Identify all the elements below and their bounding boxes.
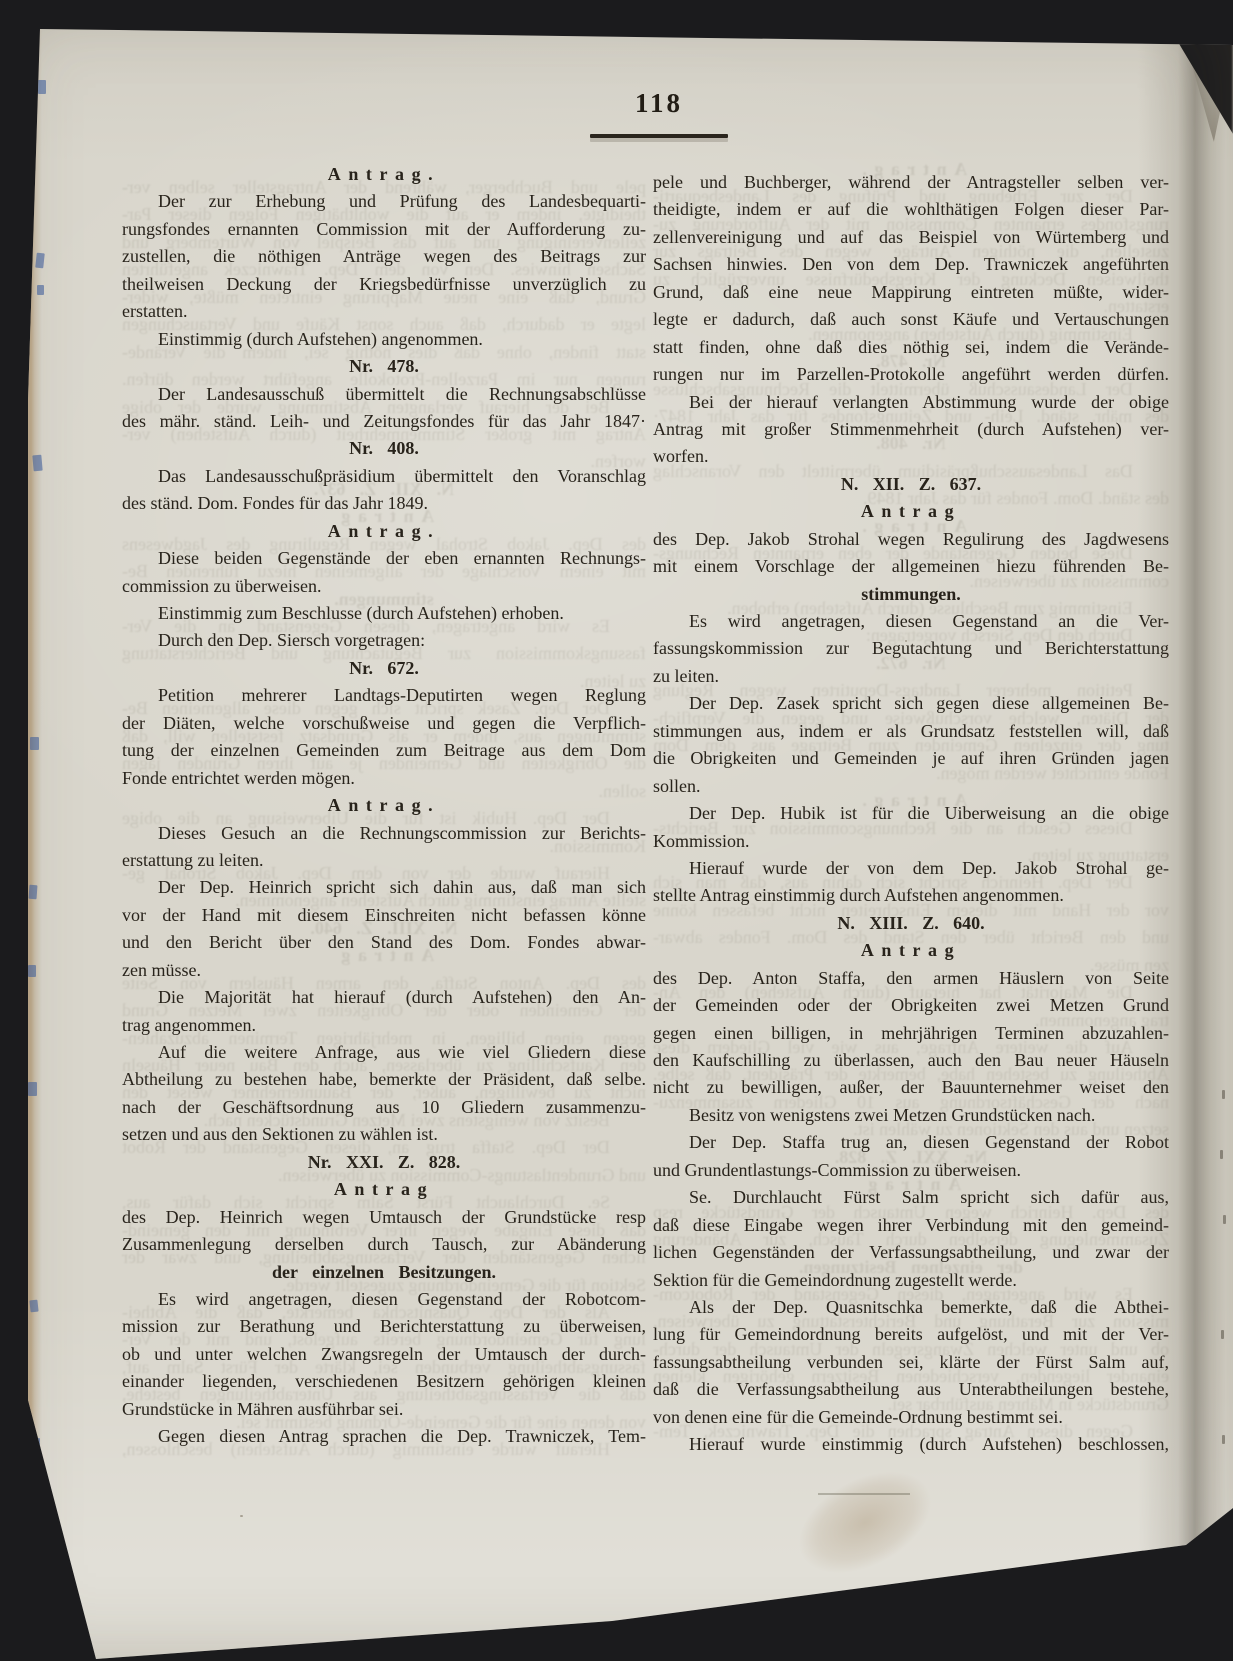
text-line: fassungskommission zur Begutachtung und … xyxy=(653,635,1169,662)
text-line: daß die Verfassungsabtheilung aus Untera… xyxy=(653,1376,1169,1403)
text-line: Nr. 672. xyxy=(122,655,646,682)
blue-edge-mark xyxy=(37,285,44,295)
blue-edge-mark xyxy=(28,965,36,977)
text-line: Zusammenlegung derselben durch Tausch, z… xyxy=(122,1231,646,1258)
blue-edge-mark xyxy=(38,80,46,94)
blue-edge-mark xyxy=(32,1438,40,1450)
dust-speck xyxy=(905,640,907,642)
blue-edge-mark xyxy=(29,1300,38,1313)
text-line: stimmungen. xyxy=(653,581,1169,608)
text-line: zellenvereinigung und auf das Beispiel v… xyxy=(653,224,1169,251)
text-line: Der Dep. Heinrich spricht sich dahin aus… xyxy=(122,874,646,901)
text-line: erstatten. xyxy=(122,298,646,325)
text-line: Dieses Gesuch an die Rechnungscommission… xyxy=(122,820,646,847)
text-line: Antrag. xyxy=(122,161,646,188)
corner-shadow xyxy=(1178,42,1233,134)
blue-edge-mark xyxy=(32,455,42,472)
text-line: Der Dep. Zasek spricht sich gegen diese … xyxy=(653,690,1169,717)
text-line: Einstimmig zum Beschlusse (durch Aufsteh… xyxy=(122,600,646,627)
text-line: Das Landesausschußpräsidium übermittelt … xyxy=(122,463,646,490)
next-page-text-fragment xyxy=(1220,1150,1223,1159)
text-line: einander liegenden, verschiedenen Besitz… xyxy=(122,1368,646,1395)
text-line: Als der Dep. Quasnitschka bemerkte, daß … xyxy=(653,1294,1169,1321)
text-line: Grund, daß eine neue Mappirung eintreten… xyxy=(653,279,1169,306)
text-line: trag angenommen. xyxy=(122,1012,646,1039)
text-line: Gegen diesen Antrag sprachen die Dep. Tr… xyxy=(122,1423,646,1450)
blue-edge-mark xyxy=(30,737,39,750)
text-line: Einstimmig (durch Aufstehen) angenommen. xyxy=(122,326,646,353)
next-page-text-fragment xyxy=(1223,1215,1226,1224)
text-line: Es wird angetragen, diesen Gegenstand an… xyxy=(653,608,1169,635)
text-line: worfen. xyxy=(653,443,1169,470)
page-deckle-edge xyxy=(26,25,42,1659)
text-line: nicht zu bewilligen, außer, der Bauunter… xyxy=(653,1074,1169,1101)
next-page-text-fragment xyxy=(1222,1435,1225,1444)
page-number: 118 xyxy=(588,88,730,119)
text-line: zu leiten. xyxy=(653,663,1169,690)
text-line: lung für Gemeindordnung bereits aufgelös… xyxy=(653,1321,1169,1348)
text-line: Nr. 478. xyxy=(122,353,646,380)
dust-speck xyxy=(240,1515,243,1517)
text-line: stellte Antrag einstimmig durch Aufstehe… xyxy=(653,882,1169,909)
blue-edge-mark xyxy=(28,1082,37,1096)
text-line: pele und Buchberger, während der Antrags… xyxy=(653,169,1169,196)
text-line: Grundstücke in Mähren ausführbar sei. xyxy=(122,1396,646,1423)
text-line: des Dep. Heinrich wegen Umtausch der Gru… xyxy=(122,1204,646,1231)
text-line: Hierauf wurde der von dem Dep. Jakob Str… xyxy=(653,855,1169,882)
text-line: statt finden, ohne daß dies nöthig sei, … xyxy=(653,334,1169,361)
text-line: Fonde entrichtet werden mögen. xyxy=(122,765,646,792)
text-line: der einzelnen Besitzungen. xyxy=(122,1259,646,1286)
text-line: rungsfondes ernannten Commission mit der… xyxy=(122,216,646,243)
blue-edge-mark xyxy=(29,885,38,900)
text-line: Antrag xyxy=(653,498,1169,525)
text-line: die Obrigkeiten und Gemeinden je auf ihr… xyxy=(653,745,1169,772)
text-line: setzen und aus den Sektionen zu wählen i… xyxy=(122,1121,646,1148)
text-line: zustellen, die nöthigen Anträge wegen de… xyxy=(122,243,646,270)
text-line: Der Dep. Hubik ist für die Uiberweisung … xyxy=(653,800,1169,827)
text-line: der Gemeinden oder der Obrigkeiten zwei … xyxy=(653,992,1169,1019)
text-line: legte er dadurch, daß auch sonst Käufe u… xyxy=(653,306,1169,333)
text-line: Besitz von wenigstens zwei Metzen Grunds… xyxy=(653,1102,1169,1129)
text-line: Antrag. xyxy=(122,518,646,545)
text-line: fassungsabtheilung verbunden sei, klärte… xyxy=(653,1349,1169,1376)
text-line: Auf die weitere Anfrage, aus wie viel Gl… xyxy=(122,1039,646,1066)
next-page-text-fragment xyxy=(1221,1330,1224,1339)
text-line: gegen einen billigen, in mehrjährigen Te… xyxy=(653,1020,1169,1047)
text-line: und den Bericht über den Stand des Dom. … xyxy=(122,929,646,956)
text-line: sollen. xyxy=(653,773,1169,800)
text-line: den Kaufschilling zu überlassen, auch de… xyxy=(653,1047,1169,1074)
blue-edge-mark xyxy=(35,253,45,269)
text-line: Durch den Dep. Siersch vorgetragen: xyxy=(122,627,646,654)
text-line: tung der einzelnen Gemeinden zum Beitrag… xyxy=(122,737,646,764)
text-line: Es wird angetragen, diesen Gegenstand de… xyxy=(122,1286,646,1313)
left-column: Antrag.Der zur Erhebung und Prüfung des … xyxy=(122,161,646,1451)
text-line: vor der Hand mit diesem Einschreiten nic… xyxy=(122,902,646,929)
text-line: Antrag xyxy=(653,937,1169,964)
text-line: Antrag. xyxy=(122,792,646,819)
text-line: erstattung zu leiten. xyxy=(122,847,646,874)
text-line: des Dep. Anton Staffa, den armen Häusler… xyxy=(653,965,1169,992)
next-page-text-fragment xyxy=(1222,1090,1225,1099)
right-column: pele und Buchberger, während der Antrags… xyxy=(653,169,1169,1459)
text-line: Nr. XXI. Z. 828. xyxy=(122,1149,646,1176)
bleedthrough-rule xyxy=(818,1493,910,1495)
text-line: und Grundentlastungs-Commission zu überw… xyxy=(653,1157,1169,1184)
header-rule xyxy=(590,134,728,138)
text-line: Abtheilung zu bestehen habe, bemerkte de… xyxy=(122,1066,646,1093)
text-line: N. XII. Z. 637. xyxy=(653,471,1169,498)
text-line: theilweisen Deckung der Kriegsbedürfniss… xyxy=(122,271,646,298)
text-line: theidigte, indem er auf die wohlthätigen… xyxy=(653,196,1169,223)
text-line: der Diäten, welche vorschußweise und geg… xyxy=(122,710,646,737)
text-line: zen müsse. xyxy=(122,957,646,984)
text-line: Kommission. xyxy=(653,828,1169,855)
text-line: des Dep. Jakob Strohal wegen Regulirung … xyxy=(653,526,1169,553)
text-line: Der zur Erhebung und Prüfung des Landesb… xyxy=(122,188,646,215)
text-line: Petition mehrerer Landtags-Deputirten we… xyxy=(122,682,646,709)
text-line: lichen Gegenständen der Verfassungsabthe… xyxy=(653,1239,1169,1266)
text-line: N. XIII. Z. 640. xyxy=(653,910,1169,937)
text-line: Der Landesausschuß übermittelt die Rechn… xyxy=(122,381,646,408)
text-line: von denen eine für die Gemeinde-Ordnung … xyxy=(653,1404,1169,1431)
blue-edge-mark xyxy=(34,1560,42,1570)
text-line: Antrag mit großer Stimmenmehrheit (durch… xyxy=(653,416,1169,443)
text-line: des ständ. Dom. Fondes für das Jahr 1849… xyxy=(122,490,646,517)
text-line: Antrag xyxy=(122,1176,646,1203)
text-line: rungen nur im Parzellen-Protokolle angef… xyxy=(653,361,1169,388)
text-line: ob und unter welchen Zwangsregeln der Um… xyxy=(122,1341,646,1368)
text-line: des mähr. ständ. Leih- und Zeitungsfonde… xyxy=(122,408,646,435)
text-line: Diese beiden Gegenstände der eben ernann… xyxy=(122,545,646,572)
text-line: commission zu überweisen. xyxy=(122,573,646,600)
text-line: stimmungen aus, indem er als Grundsatz f… xyxy=(653,718,1169,745)
text-line: mission zur Berathung und Berichterstatt… xyxy=(122,1313,646,1340)
text-line: Se. Durchlaucht Fürst Salm spricht sich … xyxy=(653,1184,1169,1211)
text-line: daß diese Eingabe wegen ihrer Verbindung… xyxy=(653,1212,1169,1239)
book-page-scan: pele und Buchberger, während der Antrags… xyxy=(0,0,1233,1661)
text-line: Bei der hierauf verlangten Abstimmung wu… xyxy=(653,389,1169,416)
text-line: nach der Geschäftsordnung aus 10 Glieder… xyxy=(122,1094,646,1121)
text-line: Sachsen hinwies. Den von dem Dep. Trawni… xyxy=(653,251,1169,278)
text-line: Nr. 408. xyxy=(122,435,646,462)
dust-speck xyxy=(515,1240,518,1243)
text-line: Sektion für die Gemeindordnung zugestell… xyxy=(653,1267,1169,1294)
text-line: Der Dep. Staffa trug an, diesen Gegensta… xyxy=(653,1129,1169,1156)
text-line: Die Majorität hat hierauf (durch Aufsteh… xyxy=(122,984,646,1011)
text-line: mit einem Vorschlage der allgemeinen hie… xyxy=(653,553,1169,580)
